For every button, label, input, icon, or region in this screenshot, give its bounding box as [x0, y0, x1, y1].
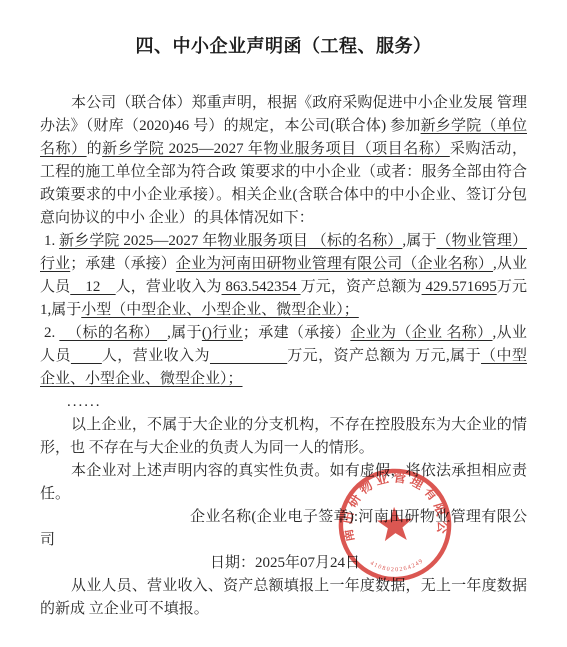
underlined-text-segment: ()行业	[202, 325, 243, 341]
text-segment: 1.	[44, 233, 59, 249]
text-segment: ；承建（承接）	[70, 256, 176, 272]
underlined-text-segment: 429.571695	[422, 279, 497, 295]
paragraph-note: 从业人员、营业收入、资产总额填报上一年度数据，无上一年度数据的新成 立企业可不填…	[40, 575, 527, 621]
text-segment: 日期：2025年07月24日	[210, 555, 360, 571]
underlined-text-segment: 863.542354	[222, 279, 301, 295]
paragraph-item2: 2. （标的名称） ,属于()行业；承建（承接）企业为（企业 名称）,从业人员 …	[40, 322, 527, 391]
document-body: 本公司（联合体）郑重声明，根据《政府采购促进中小企业发展 管理办法》（财库（20…	[40, 92, 527, 621]
text-segment: 人，营业收入为	[116, 279, 222, 295]
text-segment: ；承建（承接）	[243, 325, 350, 341]
document-page: 四、中小企业声明函（工程、服务） 本公司（联合体）郑重声明，根据《政府采购促进中…	[0, 0, 567, 647]
text-segment: ,属于	[167, 325, 202, 341]
underlined-text-segment: 新乡学院 2025—2027 年物业服务项目 （标的名称）	[59, 233, 402, 249]
text-segment: 企业名称(企业电子签章):河南田研物业管理有限公司	[40, 509, 527, 548]
text-segment: 本企业对上述声明内容的真实性负责。如有虚假，将依法承担相应责任。	[40, 463, 527, 502]
underlined-text-segment: （标的名称）	[59, 325, 167, 341]
underlined-text-segment: 企业为（企业 名称）	[350, 325, 492, 341]
document-title: 四、中小企业声明函（工程、服务）	[40, 34, 527, 58]
paragraph-date: 日期：2025年07月24日	[40, 552, 527, 575]
text-segment: 万元，资产总额为 万元,属于	[287, 348, 481, 364]
text-segment: 的	[87, 141, 103, 157]
text-segment: 2.	[44, 325, 59, 341]
paragraph-dots: ......	[40, 391, 527, 414]
paragraph-p-branch: 以上企业，不属于大企业的分支机构，不存在控股股东为大企业的情形，也 不存在与大企…	[40, 414, 527, 460]
paragraph-sign: 企业名称(企业电子签章):河南田研物业管理有限公司	[40, 506, 527, 552]
paragraph-item1: 1. 新乡学院 2025—2027 年物业服务项目 （标的名称）,属于（物业管理…	[40, 230, 527, 322]
text-segment: 人，营业收入为	[102, 348, 210, 364]
text-segment: ......	[67, 394, 102, 410]
paragraph-p-truth: 本企业对上述声明内容的真实性负责。如有虚假，将依法承担相应责任。	[40, 460, 527, 506]
underlined-text-segment	[71, 348, 102, 364]
text-segment: 从业人员、营业收入、资产总额填报上一年度数据，无上一年度数据的新成 立企业可不填…	[40, 578, 527, 617]
text-segment: 以上企业，不属于大企业的分支机构，不存在控股股东为大企业的情形，也 不存在与大企…	[40, 417, 527, 456]
underlined-text-segment	[210, 348, 287, 364]
underlined-text-segment: 小型（中型企业、小型企业、微型企业）；	[81, 302, 359, 318]
text-segment: ,属于	[402, 233, 436, 249]
underlined-text-segment: 新乡学院 2025—2027 年物业服务项目（项目名称）	[102, 141, 450, 157]
paragraph-intro: 本公司（联合体）郑重声明，根据《政府采购促进中小企业发展 管理办法》（财库（20…	[40, 92, 527, 230]
underlined-text-segment: 企业为河南田研物业管理有限公司（企业名称）	[176, 256, 493, 272]
text-segment: 万元，资产总额为	[301, 279, 422, 295]
underlined-text-segment: 12	[70, 279, 115, 295]
